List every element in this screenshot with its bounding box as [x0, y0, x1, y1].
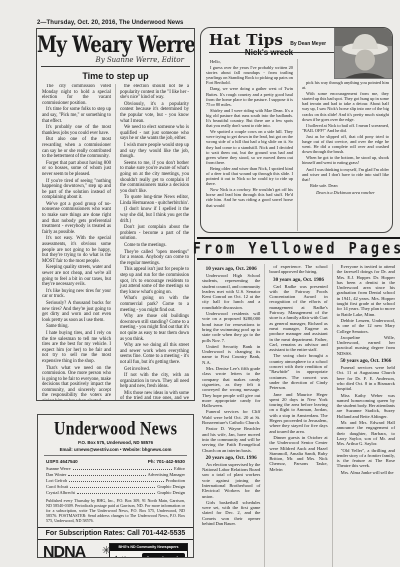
- editorial-column-title: My Weary Werre World: [37, 32, 194, 58]
- body-paragraph: Debbie Lenzen, Underwood, is one of the …: [337, 318, 395, 334]
- body-paragraph: I hollered at Nick to bail off. I mean I…: [302, 123, 389, 133]
- body-paragraph: Forget that part about having 800 or so …: [42, 161, 111, 178]
- body-paragraph: Jane and Maurice Heger spent 20 days in …: [269, 392, 327, 434]
- body-paragraph: It's probably one of the most thankless …: [42, 125, 111, 136]
- like-us-label: Like us on: [122, 557, 140, 558]
- body-paragraph: That's what we need on the commission. O…: [42, 366, 111, 402]
- hat-tips-byline: By Dean Meyer: [290, 41, 326, 47]
- body-paragraph: I guess over the years I've probably wri…: [206, 65, 293, 85]
- years-ago-section-header: 50 years ago, Oct. 1966: [337, 358, 395, 364]
- yellowed-column-3: Everyone is invited to attend the farewe…: [332, 264, 395, 567]
- staff-list: Suanne WerreEditorDan WinterAdvertising …: [38, 465, 193, 496]
- body-paragraph: It's like buying new tires for your car …: [42, 289, 111, 300]
- body-paragraph: (I don't know if I spelled it the way sh…: [120, 207, 189, 224]
- body-paragraph: And I was thinking to myself, I'm glad I…: [302, 167, 389, 182]
- body-paragraph: Funeral services for Cliff Wald were hel…: [202, 409, 260, 425]
- body-paragraph: If you're tired of seeing "nothing happe…: [42, 179, 111, 201]
- years-ago-section-header: 10 years ago, Oct. 2006: [202, 266, 260, 272]
- hat-tips-column-1: Hello,I guess over the years I've probab…: [206, 59, 293, 231]
- thumbs-up-icon: [112, 555, 120, 558]
- page-folio: 2—Thursday, Oct. 20, 2016, The Underwood…: [37, 20, 237, 26]
- facebook-badge-header: BHG's ND Community Newspapers: [110, 544, 187, 551]
- body-paragraph: Seriously? A thousand bucks for new tire…: [42, 301, 111, 323]
- body-paragraph: Mrs. Denise Lee's fifth grade class wrot…: [202, 366, 260, 408]
- editorial-column-box: My Weary Werre World By Suanne Werre, Ed…: [36, 28, 195, 401]
- body-paragraph: pick his way through anything you pointe…: [302, 80, 389, 90]
- body-paragraph: If not with the city, with an organizati…: [120, 373, 189, 390]
- body-paragraph: Jacqueline Wille, Underwood, earned her …: [337, 335, 395, 356]
- staff-row: Crystal AlbrechtGraphic Design: [46, 490, 185, 496]
- body-paragraph: Carl Radke was presented with the Fairwa…: [269, 284, 327, 353]
- body-paragraph: Pastor D. Wayne Beachler and his wife, J…: [202, 426, 260, 452]
- body-paragraph: Keeping quality streets, water and sewer…: [42, 265, 111, 287]
- yellowed-pages-title-bar: From Yellowed Pages: [197, 237, 400, 260]
- yellowed-column-2: of experience. The school board approved…: [264, 264, 327, 567]
- body-paragraph: What's going on with the commercial park…: [120, 296, 189, 313]
- divider: [41, 66, 190, 67]
- body-paragraph: Dinner guests in October at the Underwoo…: [269, 435, 327, 472]
- body-paragraph: the election should not be a popularity …: [120, 84, 189, 101]
- facebook-badge[interactable]: BHG's ND Community Newspapers Like us on…: [109, 543, 188, 558]
- publication-info: Published every Thursday by BHG, Inc., P…: [38, 497, 193, 524]
- hat-tips-signoff: Ride safe. Dean: [302, 183, 389, 188]
- masthead-box: Underwood News P.O. Box 575, Underwood, …: [37, 414, 194, 558]
- body-paragraph: Obviously, it's a popularity contest bec…: [120, 102, 189, 124]
- body-paragraph: Funeral services were held Oct. 11 at Au…: [337, 365, 395, 391]
- body-paragraph: The city commission voted Monday night t…: [42, 84, 111, 106]
- usps-number: USPS 4647540: [46, 459, 78, 464]
- body-paragraph: I hate buying tires, and I rely on the t…: [42, 331, 111, 365]
- body-paragraph: But also one of the most rewarding when …: [42, 137, 111, 159]
- ndna-logo: ✳ NDNA NORTH DAKOTA NEWSPAPER ASSOCIATIO…: [43, 546, 109, 558]
- subscription-rates-line: For Subscription Rates: Call 701-442-553…: [38, 527, 193, 540]
- dotted-leader: [73, 469, 172, 470]
- body-paragraph: To quote long-time News editor, Linda He…: [120, 195, 189, 206]
- body-paragraph: Just as he slipped off, that old pony tr…: [302, 134, 389, 154]
- body-paragraph: When he got to the bottom, he stood up, …: [302, 155, 389, 165]
- staff-role: Graphic Design: [157, 490, 185, 496]
- body-paragraph: We need to elect someone who is qualifie…: [120, 125, 189, 142]
- dotted-leader: [70, 487, 155, 488]
- dotted-leader: [69, 481, 164, 482]
- body-paragraph: With some encouragement from me, they st…: [302, 91, 389, 122]
- dotted-leader: [77, 493, 155, 494]
- staff-name: Crystal Albrecht: [46, 490, 75, 496]
- body-paragraph: Miss Kathy Weber was named homecoming qu…: [337, 393, 395, 419]
- body-paragraph: Mix those new ideas in with some of the …: [120, 391, 189, 401]
- yellowed-pages-body: 10 years ago, Oct. 2006Underwood High Sc…: [197, 264, 400, 567]
- yellowed-column-1: 10 years ago, Oct. 2006Underwood High Sc…: [202, 264, 260, 567]
- body-paragraph: Dang, we were doing a gather west of Twi…: [206, 86, 293, 106]
- body-paragraph: Get involved.: [120, 367, 189, 373]
- editorial-headline: Time to step up: [37, 71, 194, 81]
- yellowed-pages-title: From Yellowed Pages: [193, 239, 400, 257]
- body-paragraph: This appeal isn't just for people to ste…: [120, 267, 189, 295]
- body-paragraph: Same thing.: [42, 324, 111, 330]
- body-paragraph: The swing choir brought a country atmosp…: [269, 353, 327, 390]
- body-paragraph: Being older and wiser than Nick, I spott…: [206, 166, 293, 186]
- body-paragraph: It's not easy. With the special assessme…: [42, 236, 111, 264]
- body-paragraph: They're called "open meetings" for a rea…: [120, 250, 189, 267]
- masthead-phone: Ph: 701-442-5530: [148, 459, 185, 464]
- body-paragraph: Girls basketball schedules were set, wit…: [202, 500, 260, 526]
- body-paragraph: Now Nick is a cowboy. He wouldn't get of…: [206, 187, 293, 207]
- body-paragraph: Mr. and Mrs. Edward Hall announce the en…: [337, 420, 395, 446]
- body-paragraph: I wish more people would step up and say…: [120, 143, 189, 160]
- ndna-burst-icon: ✳: [102, 544, 111, 557]
- newspaper-name: Underwood News: [38, 419, 193, 441]
- body-paragraph: Seems to me, if you don't bother to make…: [120, 161, 189, 195]
- body-paragraph: An election supervised by the National L…: [202, 462, 260, 499]
- body-paragraph: We spotted a couple cows on a side hill.…: [206, 129, 293, 165]
- facebook-wordmark: facebook: [142, 553, 185, 558]
- hat-tips-column-box: Hat Tips By Dean Meyer Nick's wreck Hell…: [200, 27, 393, 233]
- body-paragraph: Underwood High School students, represen…: [202, 273, 260, 310]
- body-paragraph: Hello,: [206, 59, 293, 64]
- body-paragraph: Why are those old buildings downtown sti…: [120, 314, 189, 342]
- editorial-column-1: The city commission voted Monday night t…: [42, 84, 111, 401]
- hat-tips-title: Hat Tips: [209, 31, 283, 49]
- body-paragraph: Why are we doing all this street and sew…: [120, 343, 189, 365]
- years-ago-section-header: 20 years ago, Oct. 1996: [202, 455, 260, 461]
- body-paragraph: We've got a good group of no-nonsense co…: [42, 202, 111, 236]
- body-paragraph: Everyone is invited to attend the farewe…: [337, 264, 395, 317]
- body-paragraph: "Old Yeller", a thrilling and tender sto…: [337, 448, 395, 469]
- body-paragraph: It's time for some folks to step up and …: [42, 107, 111, 124]
- body-paragraph: Shirley and I were riding with Mae Dean.…: [206, 108, 293, 128]
- hat-tips-author-credit: Dean is a Dickinson area rancher: [302, 190, 389, 195]
- body-paragraph: Don't just complain about the problem - …: [120, 225, 189, 242]
- body-paragraph: Come to the meetings.: [120, 243, 189, 249]
- hat-tips-column-2: pick his way through anything you pointe…: [297, 59, 389, 231]
- editorial-body: The city commission voted Monday night t…: [37, 84, 194, 401]
- body-paragraph: Underwood residents will vote on a propo…: [202, 311, 260, 343]
- masthead-contact: Email: urnews@westriv.com • Website: bhg…: [38, 447, 193, 452]
- hat-tips-headline: Nick's wreck: [201, 48, 337, 57]
- ndna-wordmark: NDNA: [43, 546, 109, 558]
- years-ago-section-header: 30 years ago, Oct. 1986: [269, 277, 327, 283]
- body-paragraph: of experience. The school board approved…: [269, 264, 327, 275]
- editorial-column-2: the election should not be a popularity …: [115, 84, 189, 401]
- dotted-leader: [68, 475, 145, 476]
- body-paragraph: Mrs. Alma Janke will sell the: [337, 470, 395, 475]
- body-paragraph: United Security Bank in Underwood is cha…: [202, 344, 260, 365]
